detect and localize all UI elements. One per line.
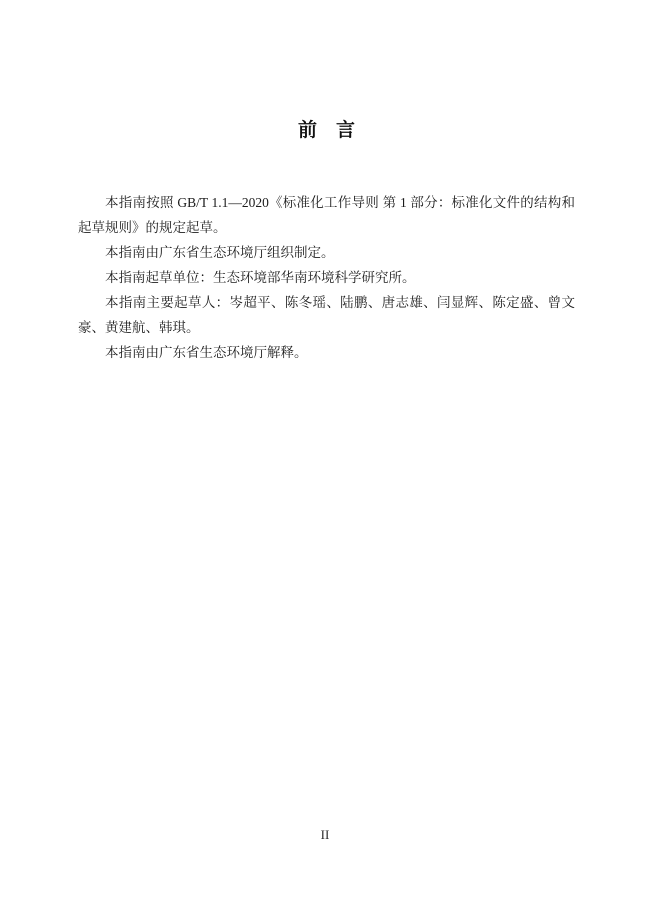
foreword-paragraph-organizer: 本指南由广东省生态环境厅组织制定。 bbox=[78, 240, 575, 265]
page-title: 前 言 bbox=[78, 118, 575, 144]
foreword-paragraph-drafting-unit: 本指南起草单位：生态环境部华南环境科学研究所。 bbox=[78, 265, 575, 290]
foreword-paragraph-interpretation: 本指南由广东省生态环境厅解释。 bbox=[78, 340, 575, 365]
page-number: II bbox=[0, 827, 650, 843]
foreword-paragraph-drafting-rule: 本指南按照 GB/T 1.1—2020《标准化工作导则 第 1 部分：标准化文件… bbox=[78, 190, 575, 240]
foreword-paragraph-drafters: 本指南主要起草人：岑超平、陈冬瑶、陆鹏、唐志雄、闫显辉、陈定盛、曾文豪、黄建航、… bbox=[78, 290, 575, 340]
page-content: 前 言 本指南按照 GB/T 1.1—2020《标准化工作导则 第 1 部分：标… bbox=[0, 0, 650, 365]
document-page: 前 言 本指南按照 GB/T 1.1—2020《标准化工作导则 第 1 部分：标… bbox=[0, 0, 650, 919]
foreword-body: 本指南按照 GB/T 1.1—2020《标准化工作导则 第 1 部分：标准化文件… bbox=[78, 190, 575, 365]
